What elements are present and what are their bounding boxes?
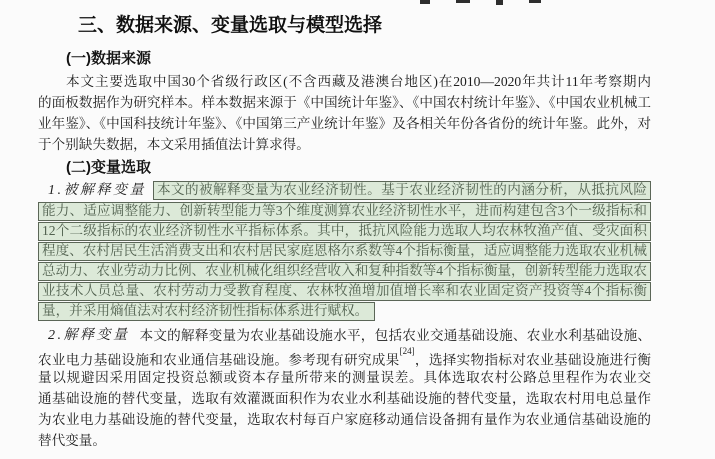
highlight-annotation-line[interactable]: 量，并采用熵值法对农村经济韧性指标体系进行赋权。 [38,302,375,321]
text-line: 本文主要选取中国30个省级行政区(不含西藏及港澳台地区)在2010—2020年共… [38,71,651,92]
text-line: 替代变量。 [38,430,651,451]
subsection-heading-variable-selection: (二)变量选取 [38,158,651,177]
citation-reference: [24] [400,346,415,356]
highlight-annotation-line[interactable]: 12个二级指标的农业经济韧性水平指标体系。其中，抵抗风险能力选取人均农林牧渔产值… [38,222,651,241]
text-line: 为农业电力基础设施的替代变量，选取农村每百户家庭移动通信设备拥有量作为农业通信基… [38,409,651,430]
item-label-explanatory-variable: 2.解释变量 [38,325,130,346]
paper-page: 三、数据来源、变量选取与模型选择 (一)数据来源 本文主要选取中国30个省级行政… [0,0,715,459]
item-label-dependent-variable: 1.被解释变量 [38,180,146,201]
highlight-annotation-line[interactable]: 能力、适应调整能力、创新转型能力等3个维度测算农业经济韧性水平，进而构建包含3个… [38,202,651,221]
highlight-annotation-line[interactable]: 业技术人员总量、农村劳动力受教育程度、农林牧渔增加值增长率和农业固定资产投资等4… [38,282,651,301]
explanatory-variable-paragraph: 2.解释变量 本文的解释变量为农业基础设施水平，包括农业交通基础设施、农业水利基… [38,325,651,451]
text-line: 通基础设施的替代变量，选取有效灌溉面积作为农业水利基础设施的替代变量，选取农村用… [38,388,651,409]
dependent-variable-first-row: 1.被解释变量 本文的被解释变量为农业经济韧性。基于农业经济韧性的内涵分析，从抵… [38,180,651,201]
clipped-text-artifact [420,0,600,6]
dependent-variable-paragraph: 1.被解释变量 本文的被解释变量为农业经济韧性。基于农业经济韧性的内涵分析，从抵… [38,180,651,321]
subsection-heading-data-source: (一)数据来源 [38,49,651,68]
text-segment: ，选择实物指标对农业基础设施进行衡 [415,353,651,367]
explanatory-variable-first-row: 2.解释变量 本文的解释变量为农业基础设施水平，包括农业交通基础设施、农业水利基… [38,325,651,346]
highlight-annotation-line[interactable]: 程度、农村居民生活消费支出和农村居民家庭恩格尔系数等4个指标衡量，适应调整能力选… [38,242,651,261]
section-title: 三、数据来源、变量选取与模型选择 [78,13,651,39]
text-segment: 农业电力基础设施和农业通信基础设施。参考现有研究成果 [38,353,400,367]
text-line: 本文的解释变量为农业基础设施水平，包括农业交通基础设施、农业水利基础设施、 [140,325,652,346]
text-line: 量以规避因采用固定投资总额或资本存量所带来的测量误差。具体选取农村公路总里程作为… [38,367,651,388]
data-source-paragraph: 本文主要选取中国30个省级行政区(不含西藏及港澳台地区)在2010—2020年共… [38,71,651,155]
text-line: 业年鉴》、《中国科技统计年鉴》、《中国第三产业统计年鉴》及各相关年份各省份的统计… [38,113,651,134]
text-line: 于个别缺失数据，本文采用插值法计算求得。 [38,134,651,155]
highlight-annotation-line[interactable]: 本文的被解释变量为农业经济韧性。基于农业经济韧性的内涵分析，从抵抗风险 [153,181,651,200]
text-line-with-citation: 农业电力基础设施和农业通信基础设施。参考现有研究成果[24]，选择实物指标对农业… [38,346,651,367]
text-line: 的面板数据作为研究样本。样本数据来源于《中国统计年鉴》、《中国农村统计年鉴》、《… [38,92,651,113]
highlight-annotation-line[interactable]: 总动力、农业劳动力比例、农业机械化组织经营收入和复种指数等4个指标衡量，创新转型… [38,262,651,281]
